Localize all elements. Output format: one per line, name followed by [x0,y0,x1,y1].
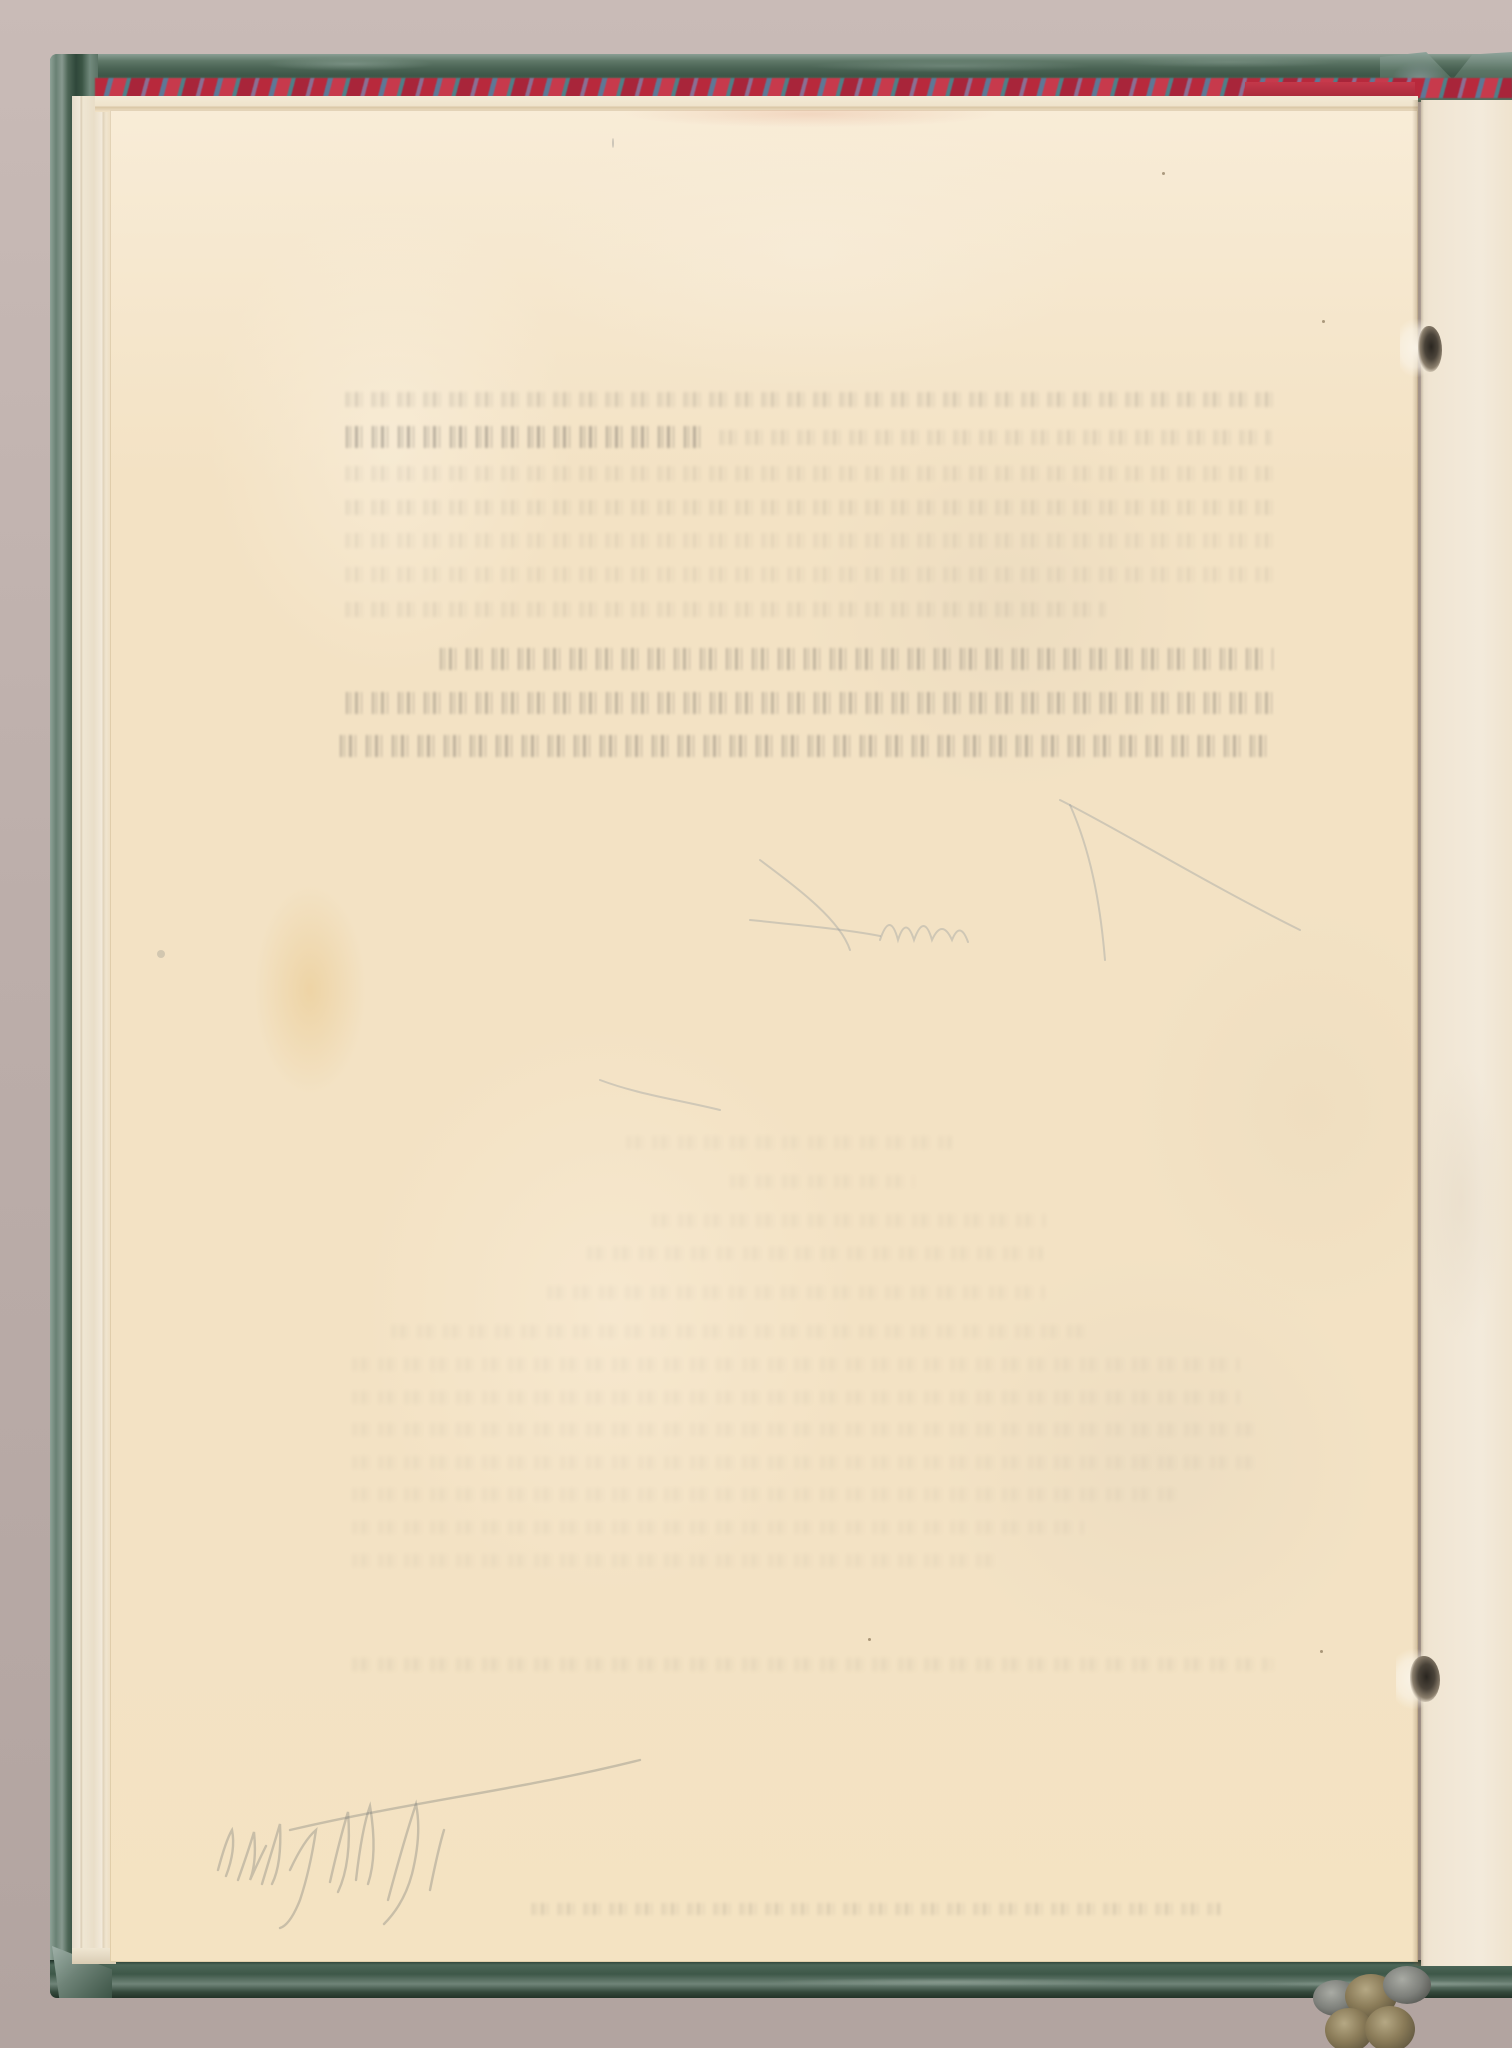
bookmark-tassel [1305,1972,1455,2048]
speck [157,950,165,958]
speck [1320,1650,1323,1653]
stitch-hole-upper [1418,326,1442,372]
tassel-knot [1365,2006,1415,2048]
speck [612,138,614,148]
speck [1162,172,1165,175]
tassel-knot [1383,1966,1431,2004]
stitch-hole-lower [1410,1656,1440,1702]
speck [868,1638,871,1641]
signature-show-through [0,0,1512,2048]
speck [1322,320,1325,323]
book-scan [0,0,1512,2048]
